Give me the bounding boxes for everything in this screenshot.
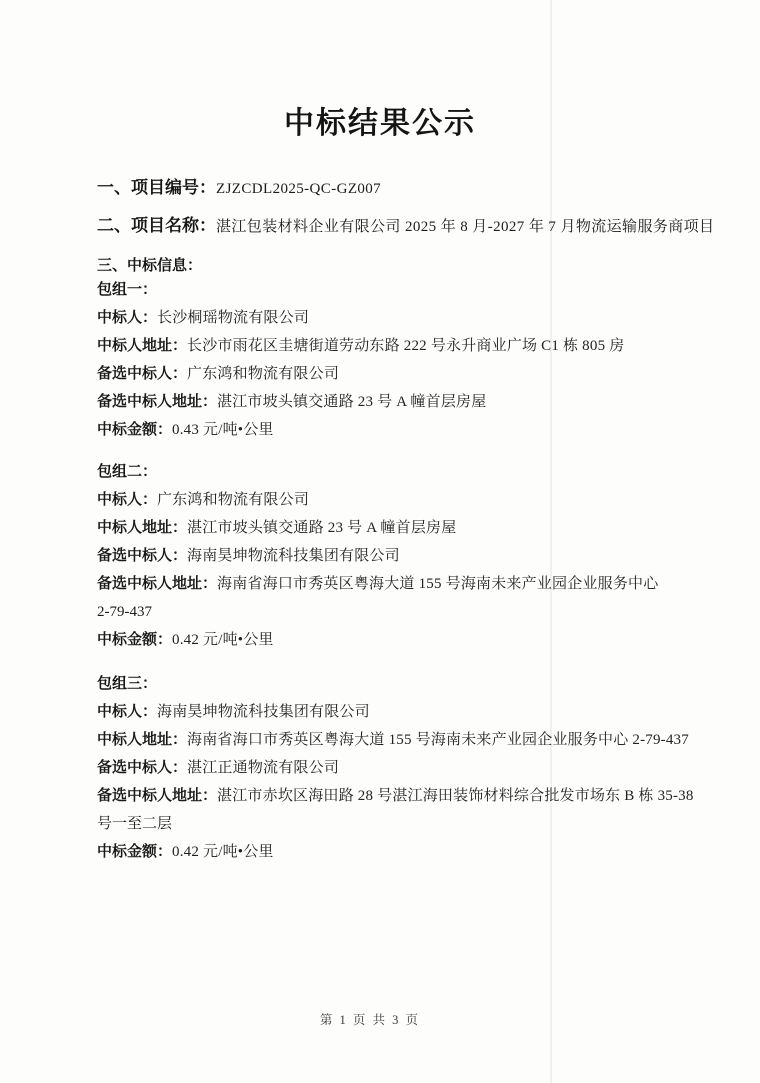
package-group-1: 包组一： 中标人：长沙桐瑶物流有限公司 中标人地址：长沙市雨花区圭塘街道劳动东路… — [97, 276, 705, 444]
award-info-heading: 三、中标信息： — [97, 254, 700, 278]
list-number: 一、 — [97, 178, 131, 197]
page-number: 第 1 页 共 3 页 — [0, 1010, 740, 1028]
backup-winner-value: 广东鸿和物流有限公司 — [187, 366, 339, 382]
winner-address-label: 中标人地址： — [97, 520, 187, 536]
winner-value: 长沙桐瑶物流有限公司 — [157, 310, 309, 326]
award-amount-row: 中标金额：0.43 元/吨•公里 — [97, 416, 705, 444]
backup-winner-label: 备选中标人： — [97, 548, 187, 564]
backup-winner-address-label: 备选中标人地址： — [97, 394, 217, 410]
backup-winner-address-label: 备选中标人地址： — [97, 788, 217, 804]
winner-row: 中标人：广东鸿和物流有限公司 — [97, 486, 705, 514]
winner-address-label: 中标人地址： — [97, 732, 187, 748]
backup-winner-address-continuation: 号一至二层 — [97, 810, 705, 838]
list-number: 二、 — [97, 216, 131, 235]
backup-winner-row: 备选中标人：广东鸿和物流有限公司 — [97, 360, 705, 388]
backup-winner-address-label: 备选中标人地址： — [97, 576, 217, 592]
group-name: 包组一： — [97, 276, 705, 304]
winner-row: 中标人：海南昊坤物流科技集团有限公司 — [97, 698, 705, 726]
award-amount-label: 中标金额： — [97, 422, 172, 438]
award-amount-row: 中标金额：0.42 元/吨•公里 — [97, 838, 705, 866]
package-group-3: 包组三： 中标人：海南昊坤物流科技集团有限公司 中标人地址：海南省海口市秀英区粤… — [97, 670, 705, 866]
winner-label: 中标人： — [97, 704, 157, 720]
backup-winner-row: 备选中标人：海南昊坤物流科技集团有限公司 — [97, 542, 705, 570]
project-name-value: 湛江包装材料企业有限公司 2025 年 8 月-2027 年 7 月物流运输服务… — [216, 219, 714, 235]
winner-address-label: 中标人地址： — [97, 338, 187, 354]
backup-winner-row: 备选中标人：湛江正通物流有限公司 — [97, 754, 705, 782]
winner-address-value: 海南省海口市秀英区粤海大道 155 号海南未来产业园企业服务中心 2-79-43… — [187, 732, 689, 748]
winner-address-row: 中标人地址：海南省海口市秀英区粤海大道 155 号海南未来产业园企业服务中心 2… — [97, 726, 705, 754]
project-name-row: 二、项目名称：湛江包装材料企业有限公司 2025 年 8 月-2027 年 7 … — [97, 214, 700, 239]
project-number-label: 项目编号： — [131, 178, 216, 197]
award-amount-label: 中标金额： — [97, 844, 172, 860]
backup-winner-address-value: 湛江市赤坎区海田路 28 号湛江海田装饰材料综合批发市场东 B 栋 35-38 — [217, 788, 694, 804]
award-amount-row: 中标金额：0.42 元/吨•公里 — [97, 626, 705, 654]
backup-winner-value: 海南昊坤物流科技集团有限公司 — [187, 548, 400, 564]
backup-winner-address-row: 备选中标人地址：湛江市赤坎区海田路 28 号湛江海田装饰材料综合批发市场东 B … — [97, 782, 705, 810]
award-amount-label: 中标金额： — [97, 632, 172, 648]
winner-label: 中标人： — [97, 310, 157, 326]
group-name: 包组二： — [97, 458, 705, 486]
group-name: 包组三： — [97, 670, 705, 698]
backup-winner-address-row: 备选中标人地址：海南省海口市秀英区粤海大道 155 号海南未来产业园企业服务中心 — [97, 570, 705, 598]
award-amount-value: 0.42 元/吨•公里 — [172, 632, 274, 648]
winner-row: 中标人：长沙桐瑶物流有限公司 — [97, 304, 705, 332]
package-group-2: 包组二： 中标人：广东鸿和物流有限公司 中标人地址：湛江市坡头镇交通路 23 号… — [97, 458, 705, 654]
winner-address-row: 中标人地址：长沙市雨花区圭塘街道劳动东路 222 号永升商业广场 C1 栋 80… — [97, 332, 705, 360]
winner-address-value: 湛江市坡头镇交通路 23 号 A 幢首层房屋 — [187, 520, 456, 536]
winner-label: 中标人： — [97, 492, 157, 508]
winner-value: 海南昊坤物流科技集团有限公司 — [157, 704, 370, 720]
backup-winner-value: 湛江正通物流有限公司 — [187, 760, 339, 776]
backup-winner-address-value: 湛江市坡头镇交通路 23 号 A 幢首层房屋 — [217, 394, 486, 410]
document-page: 中标结果公示 一、项目编号：ZJZCDL2025-QC-GZ007 二、项目名称… — [0, 0, 760, 1083]
project-number-value: ZJZCDL2025-QC-GZ007 — [216, 181, 381, 197]
project-name-label: 项目名称： — [131, 216, 216, 235]
award-amount-value: 0.43 元/吨•公里 — [172, 422, 274, 438]
winner-value: 广东鸿和物流有限公司 — [157, 492, 309, 508]
document-title: 中标结果公示 — [0, 98, 760, 142]
backup-winner-label: 备选中标人： — [97, 366, 187, 382]
award-amount-value: 0.42 元/吨•公里 — [172, 844, 274, 860]
project-number-row: 一、项目编号：ZJZCDL2025-QC-GZ007 — [97, 176, 700, 201]
backup-winner-address-row: 备选中标人地址：湛江市坡头镇交通路 23 号 A 幢首层房屋 — [97, 388, 705, 416]
backup-winner-address-continuation: 2-79-437 — [97, 598, 705, 626]
winner-address-row: 中标人地址：湛江市坡头镇交通路 23 号 A 幢首层房屋 — [97, 514, 705, 542]
backup-winner-label: 备选中标人： — [97, 760, 187, 776]
backup-winner-address-value: 海南省海口市秀英区粤海大道 155 号海南未来产业园企业服务中心 — [217, 576, 658, 592]
winner-address-value: 长沙市雨花区圭塘街道劳动东路 222 号永升商业广场 C1 栋 805 房 — [187, 338, 624, 354]
